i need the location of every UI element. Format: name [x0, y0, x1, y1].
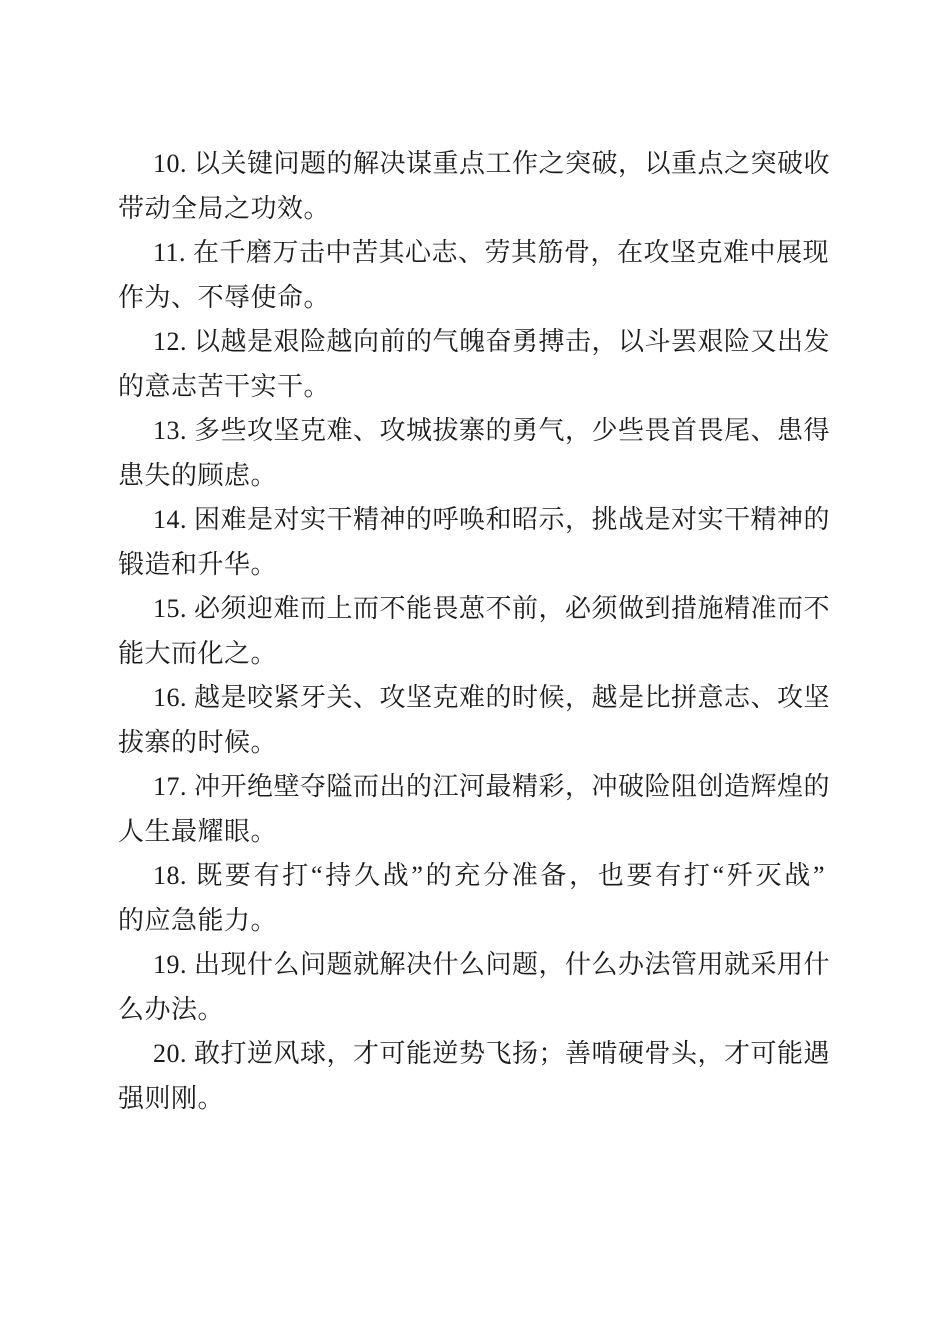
item-20-line-2: 强则刚。	[118, 1077, 825, 1122]
item-14-line-1: 14. 困难是对实干精神的呼唤和昭示，挑战是对实干精神的	[118, 498, 825, 543]
item-15-line-2: 能大而化之。	[118, 632, 825, 677]
list-item-12: 12. 以越是艰险越向前的气魄奋勇搏击，以斗罢艰险又出发 的意志苦干实干。	[118, 320, 825, 409]
list-item-18: 18. 既要有打“持久战”的充分准备，也要有打“歼灭战” 的应急能力。	[118, 854, 825, 943]
item-13-line-1: 13. 多些攻坚克难、攻城拔寨的勇气，少些畏首畏尾、患得	[118, 409, 825, 454]
item-11-line-1: 11. 在千磨万击中苦其心志、劳其筋骨，在攻坚克难中展现	[118, 231, 825, 276]
document-page: 10. 以关键问题的解决谋重点工作之突破，以重点之突破收 带动全局之功效。 11…	[0, 0, 950, 1344]
item-17-line-1: 17. 冲开绝壁夺隘而出的江河最精彩，冲破险阻创造辉煌的	[118, 765, 825, 810]
item-18-line-1: 18. 既要有打“持久战”的充分准备，也要有打“歼灭战”	[118, 854, 825, 899]
item-15-line-1: 15. 必须迎难而上而不能畏葸不前，必须做到措施精准而不	[118, 587, 825, 632]
list-item-16: 16. 越是咬紧牙关、攻坚克难的时候，越是比拼意志、攻坚 拔寨的时候。	[118, 676, 825, 765]
item-20-line-1: 20. 敢打逆风球，才可能逆势飞扬；善啃硬骨头，才可能遇	[118, 1032, 825, 1077]
item-16-line-2: 拔寨的时候。	[118, 721, 825, 766]
item-19-line-2: 么办法。	[118, 988, 825, 1033]
item-13-line-2: 患失的顾虑。	[118, 454, 825, 499]
item-14-line-2: 锻造和升华。	[118, 543, 825, 588]
list-item-15: 15. 必须迎难而上而不能畏葸不前，必须做到措施精准而不 能大而化之。	[118, 587, 825, 676]
item-16-line-1: 16. 越是咬紧牙关、攻坚克难的时候，越是比拼意志、攻坚	[118, 676, 825, 721]
item-19-line-1: 19. 出现什么问题就解决什么问题，什么办法管用就采用什	[118, 943, 825, 988]
item-10-line-2: 带动全局之功效。	[118, 187, 825, 232]
list-item-14: 14. 困难是对实干精神的呼唤和昭示，挑战是对实干精神的 锻造和升华。	[118, 498, 825, 587]
item-12-line-1: 12. 以越是艰险越向前的气魄奋勇搏击，以斗罢艰险又出发	[118, 320, 825, 365]
list-item-20: 20. 敢打逆风球，才可能逆势飞扬；善啃硬骨头，才可能遇 强则刚。	[118, 1032, 825, 1121]
item-12-line-2: 的意志苦干实干。	[118, 365, 825, 410]
list-item-17: 17. 冲开绝壁夺隘而出的江河最精彩，冲破险阻创造辉煌的 人生最耀眼。	[118, 765, 825, 854]
item-11-line-2: 作为、不辱使命。	[118, 276, 825, 321]
item-18-line-2: 的应急能力。	[118, 899, 825, 944]
list-item-10: 10. 以关键问题的解决谋重点工作之突破，以重点之突破收 带动全局之功效。	[118, 142, 825, 231]
list-item-11: 11. 在千磨万击中苦其心志、劳其筋骨，在攻坚克难中展现 作为、不辱使命。	[118, 231, 825, 320]
list-item-19: 19. 出现什么问题就解决什么问题，什么办法管用就采用什 么办法。	[118, 943, 825, 1032]
list-item-13: 13. 多些攻坚克难、攻城拔寨的勇气，少些畏首畏尾、患得 患失的顾虑。	[118, 409, 825, 498]
item-10-line-1: 10. 以关键问题的解决谋重点工作之突破，以重点之突破收	[118, 142, 825, 187]
item-17-line-2: 人生最耀眼。	[118, 810, 825, 855]
numbered-list: 10. 以关键问题的解决谋重点工作之突破，以重点之突破收 带动全局之功效。 11…	[118, 142, 825, 1121]
